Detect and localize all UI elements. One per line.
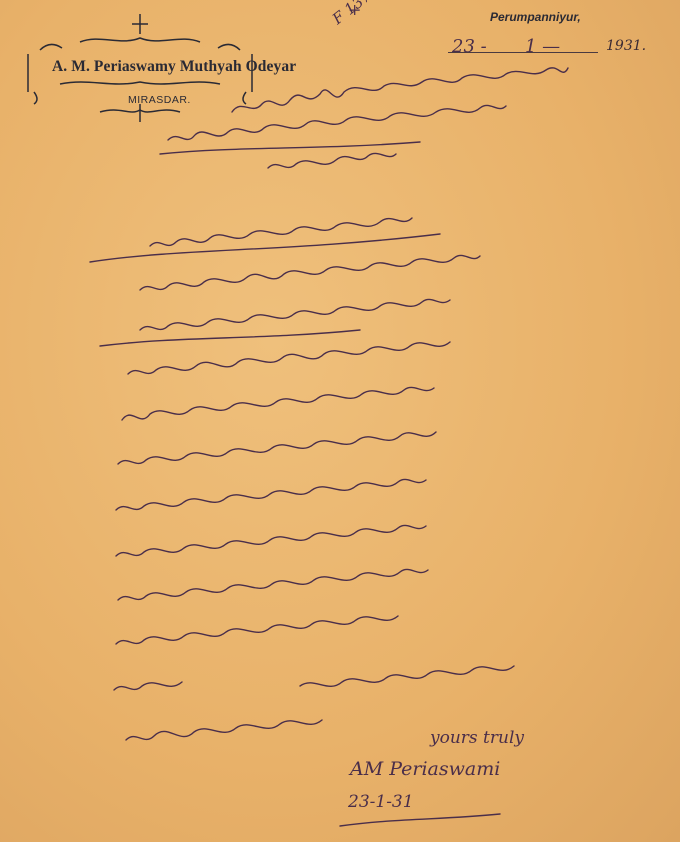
signature: AM Periaswami: [350, 758, 500, 780]
handwritten-tamil-body: [0, 0, 680, 842]
signature-date: 23-1-31: [348, 792, 414, 812]
closing-yours-truly: yours truly: [430, 728, 524, 748]
